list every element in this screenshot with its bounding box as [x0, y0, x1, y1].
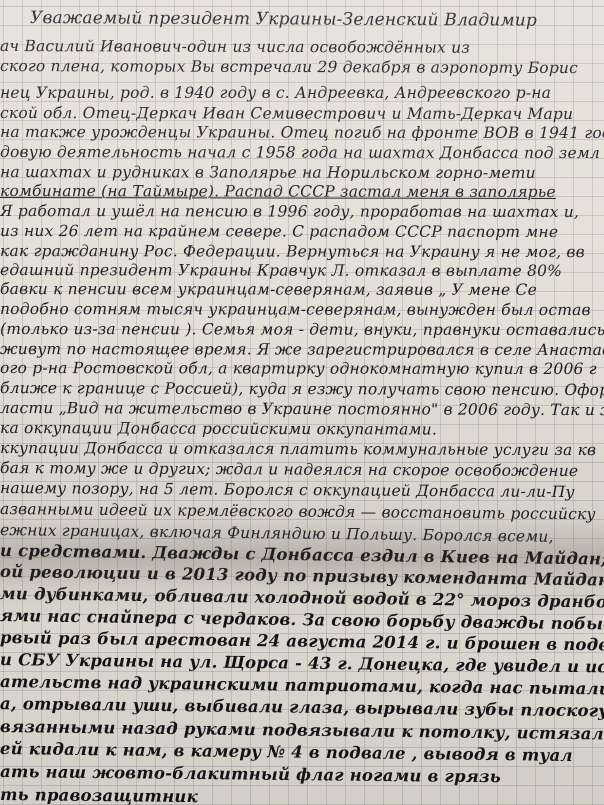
letter-line: нашему позору, на 5 лет. Боролся с оккуп…: [0, 479, 575, 501]
letter-line: (только из-за пенсии ). Семья моя - дети…: [0, 320, 604, 339]
letter-line: из них 26 лет на крайнем севере. С распа…: [0, 222, 558, 241]
letter-line: как гражданину Рос. Федерации. Вернуться…: [0, 242, 585, 261]
letter-line: ого р-на Ростовской обл, а квартирку одн…: [0, 359, 597, 378]
letter-line: едашний президент Украины Кравчук Л. отк…: [0, 261, 562, 280]
letter-line: нец Украины, род. в 1940 году в с. Андре…: [0, 84, 551, 102]
letter-line: ач Василий Иванович-один из числа освобо…: [0, 37, 470, 57]
letter-line: живут по настоящее время. Я же зарегистр…: [0, 340, 604, 359]
letter-line: бая к тому же и других; ждал и надеялся …: [0, 459, 578, 480]
graph-paper-page: Уважаемый президент Украины-Зеленский Вл…: [0, 0, 604, 805]
letter-line: на шахтах и рудниках в Заполярье на Нори…: [0, 163, 536, 182]
letter-line: подобно сотням тысяч украинцам-северянам…: [0, 300, 591, 319]
letter-line: ласти „Вид на жительство в Украине посто…: [0, 399, 604, 419]
letter-line: ккупации Донбасса и отказался платить ко…: [0, 439, 596, 459]
letter-line: ближе к границе с Россией), куда я езжу …: [0, 379, 604, 399]
letter-line: довую деятельность начал с 1958 года на …: [0, 143, 600, 162]
letter-salutation: Уважаемый президент Украины-Зеленский Вл…: [30, 8, 537, 31]
letter-line: а, отрывали уши, выбивали глаза, вырывал…: [0, 694, 604, 721]
letter-line: ать наш жовто-блакитный флаг ногами в гр…: [0, 762, 501, 786]
letter-line: ка оккупации Донбасса российскими оккупа…: [0, 419, 437, 439]
letter-line: ей кидали к нам, в камеру № 4 в подвале …: [0, 739, 573, 765]
letter-line: на также урожденцы Украины. Отец погиб н…: [0, 123, 604, 142]
letter-line: комбинате (на Таймыре). Распад СССР заст…: [0, 182, 556, 201]
letter-line: бавки к пенсии всем украинцам-северянам,…: [0, 280, 537, 299]
letter-line: Я работал и ушёл на пенсию в 1996 году, …: [0, 202, 579, 221]
letter-line: ской обл. Отец-Деркач Иван Семивестрович…: [0, 104, 573, 123]
letter-line: ть правозащитник: [0, 785, 198, 805]
letter-line: ского плена, которых Вы встречали 29 дек…: [0, 57, 578, 77]
letter-line: азванными идеей их кремлёвского вождя — …: [0, 500, 596, 523]
